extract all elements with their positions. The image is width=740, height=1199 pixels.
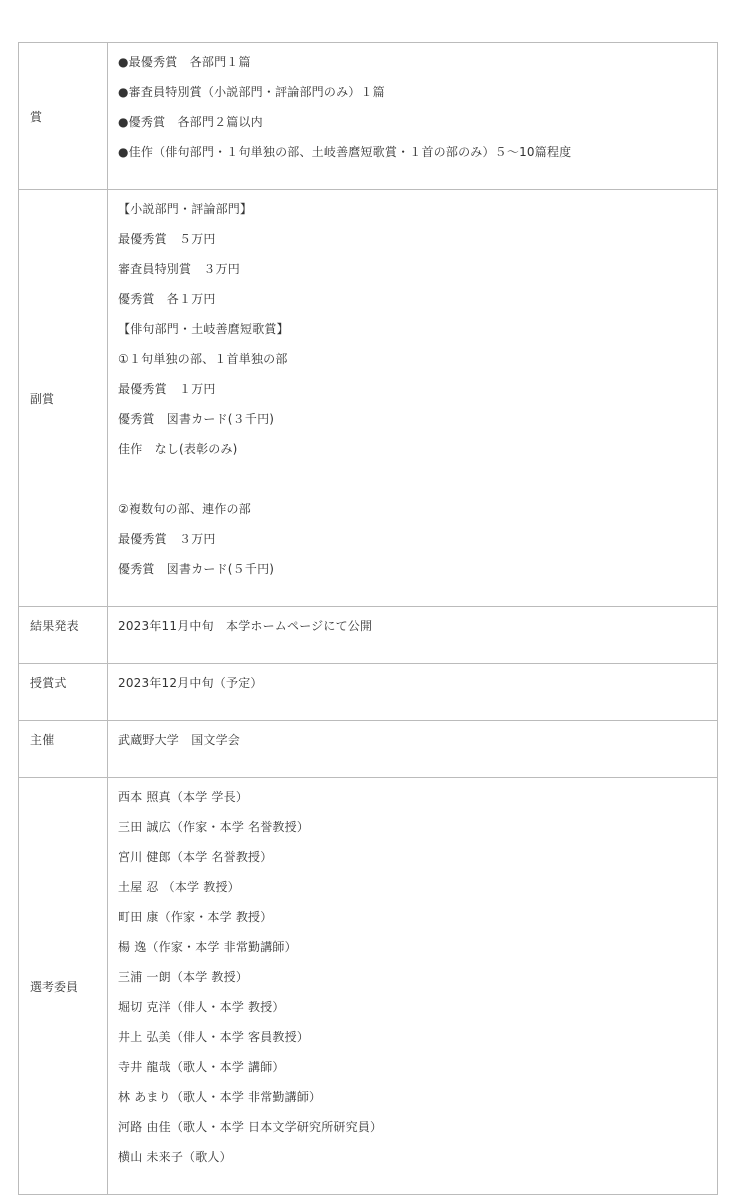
results-value: 2023年11月中旬 本学ホームページにて公開 xyxy=(118,613,707,643)
judge-item: 井上 弘美（俳人・本学 客員教授） xyxy=(118,1024,707,1054)
row-ceremony: 授賞式 2023年12月中旬（予定） xyxy=(19,664,718,721)
judge-item: 堀切 克洋（俳人・本学 教授） xyxy=(118,994,707,1024)
row-judges: 選考委員 西本 照真（本学 学長） 三田 誠広（作家・本学 名誉教授） 宮川 健… xyxy=(19,778,718,1195)
judge-item: 三田 誠広（作家・本学 名誉教授） xyxy=(118,814,707,844)
judges-content: 西本 照真（本学 学長） 三田 誠広（作家・本学 名誉教授） 宮川 健郎（本学 … xyxy=(108,778,718,1195)
contest-info-table: 賞 ●最優秀賞 各部門１篇 ●審査員特別賞（小説部門・評論部門のみ）１篇 ●優秀… xyxy=(18,42,718,1195)
extra-prize-content: 【小説部門・評論部門】 最優秀賞 ５万円 審査員特別賞 ３万円 優秀賞 各１万円… xyxy=(108,190,718,607)
award-line: ●審査員特別賞（小説部門・評論部門のみ）１篇 xyxy=(118,79,707,109)
judge-item: 林 あまり（歌人・本学 非常勤講師） xyxy=(118,1084,707,1114)
organizer-label-text: 主催 xyxy=(30,727,107,753)
judge-item: 横山 未来子（歌人） xyxy=(118,1144,707,1174)
results-label-text: 結果発表 xyxy=(30,613,107,639)
row-label-judges: 選考委員 xyxy=(19,778,108,1195)
award-line: ●佳作（俳句部門・１句単独の部、土岐善麿短歌賞・１首の部のみ）５～10篇程度 xyxy=(118,139,707,169)
judge-item: 寺井 龍哉（歌人・本学 講師） xyxy=(118,1054,707,1084)
extra-prize-line: 【俳句部門・土岐善麿短歌賞】 xyxy=(118,316,707,346)
extra-prize-line: 最優秀賞 ５万円 xyxy=(118,226,707,256)
extra-prize-line: 優秀賞 図書カード(３千円) xyxy=(118,406,707,436)
row-label-organizer: 主催 xyxy=(19,721,108,778)
row-extra-prize: 副賞 【小説部門・評論部門】 最優秀賞 ５万円 審査員特別賞 ３万円 優秀賞 各… xyxy=(19,190,718,607)
judge-item: 西本 照真（本学 学長） xyxy=(118,784,707,814)
judge-item: 町田 康（作家・本学 教授） xyxy=(118,904,707,934)
ceremony-label-text: 授賞式 xyxy=(30,670,107,696)
judge-item: 土屋 忍 （本学 教授） xyxy=(118,874,707,904)
extra-prize-line: ②複数句の部、連作の部 xyxy=(118,496,707,526)
ceremony-content: 2023年12月中旬（予定） xyxy=(108,664,718,721)
row-label-award: 賞 xyxy=(19,43,108,190)
row-organizer: 主催 武蔵野大学 国文学会 xyxy=(19,721,718,778)
extra-prize-line: 優秀賞 各１万円 xyxy=(118,286,707,316)
results-content: 2023年11月中旬 本学ホームページにて公開 xyxy=(108,607,718,664)
row-award: 賞 ●最優秀賞 各部門１篇 ●審査員特別賞（小説部門・評論部門のみ）１篇 ●優秀… xyxy=(19,43,718,190)
extra-prize-spacer xyxy=(118,466,707,496)
judge-item: 楊 逸（作家・本学 非常勤講師） xyxy=(118,934,707,964)
extra-prize-line: ①１句単独の部、１首単独の部 xyxy=(118,346,707,376)
extra-prize-line: 最優秀賞 １万円 xyxy=(118,376,707,406)
organizer-content: 武蔵野大学 国文学会 xyxy=(108,721,718,778)
row-label-ceremony: 授賞式 xyxy=(19,664,108,721)
extra-prize-line: 【小説部門・評論部門】 xyxy=(118,196,707,226)
judge-item: 河路 由佳（歌人・本学 日本文学研究所研究員） xyxy=(118,1114,707,1144)
extra-prize-line: 佳作 なし(表彰のみ) xyxy=(118,436,707,466)
extra-prize-line: 最優秀賞 ３万円 xyxy=(118,526,707,556)
judge-item: 三浦 一朗（本学 教授） xyxy=(118,964,707,994)
ceremony-value: 2023年12月中旬（予定） xyxy=(118,670,707,700)
award-line: ●優秀賞 各部門２篇以内 xyxy=(118,109,707,139)
extra-prize-line: 審査員特別賞 ３万円 xyxy=(118,256,707,286)
award-line: ●最優秀賞 各部門１篇 xyxy=(118,49,707,79)
row-results: 結果発表 2023年11月中旬 本学ホームページにて公開 xyxy=(19,607,718,664)
organizer-value: 武蔵野大学 国文学会 xyxy=(118,727,707,757)
extra-prize-line: 優秀賞 図書カード(５千円) xyxy=(118,556,707,586)
judge-item: 宮川 健郎（本学 名誉教授） xyxy=(118,844,707,874)
row-label-results: 結果発表 xyxy=(19,607,108,664)
award-content: ●最優秀賞 各部門１篇 ●審査員特別賞（小説部門・評論部門のみ）１篇 ●優秀賞 … xyxy=(108,43,718,190)
row-label-extra-prize: 副賞 xyxy=(19,190,108,607)
